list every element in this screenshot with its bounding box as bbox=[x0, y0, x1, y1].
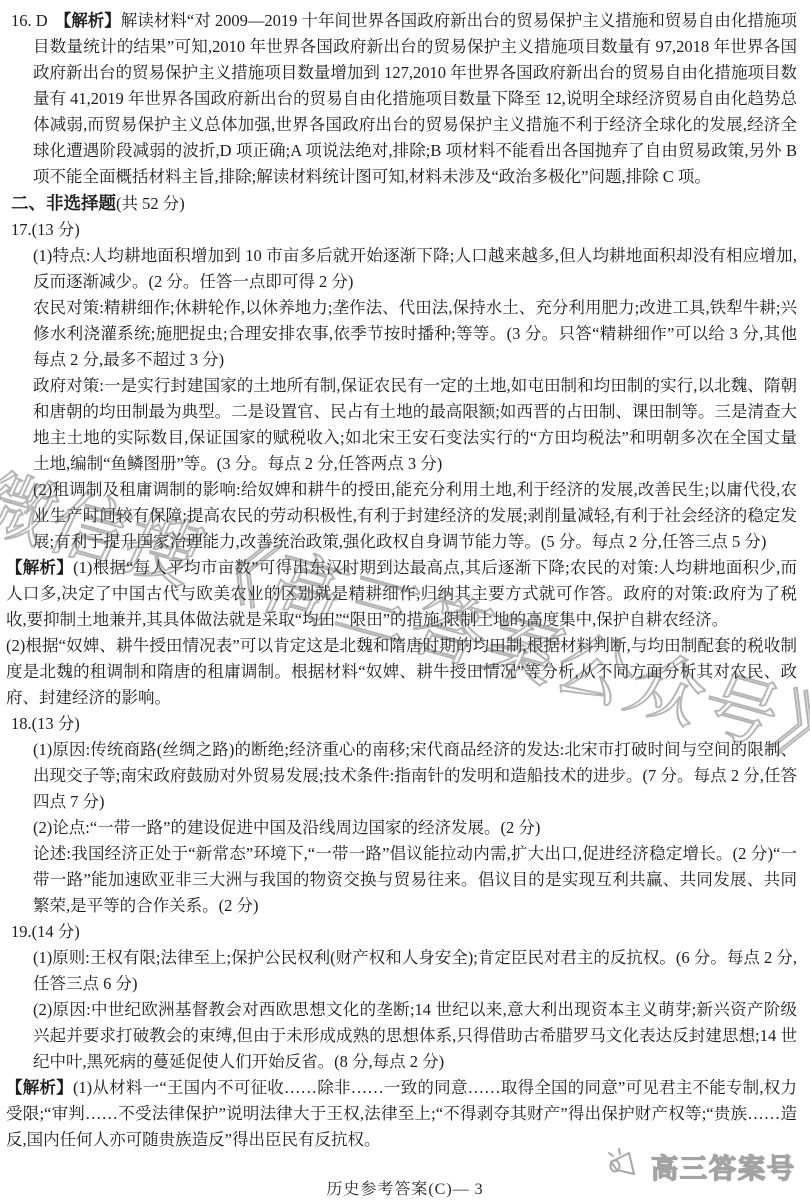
q18-answer-1: (1)原因:传统商路(丝绸之路)的断绝;经济重心的南移;宋代商品经济的发达:北宋… bbox=[11, 737, 797, 815]
q16-analysis-text: 解读材料“对 2009—2019 十年间世界各国政府新出台的贸易保护主义措施和贸… bbox=[33, 11, 797, 186]
q19-number: 19.(14 分) bbox=[11, 919, 797, 945]
q16-analysis-label: 【解析】 bbox=[55, 12, 121, 30]
q18-answer-thesis: (2)论点:“一带一路”的建设促进中国及沿线周边国家的经济发展。(2 分) bbox=[11, 815, 797, 841]
section-2-score: (共 52 分) bbox=[116, 194, 185, 213]
q19-analysis-label: 【解析】 bbox=[6, 1079, 73, 1097]
megaphone-icon bbox=[606, 1146, 646, 1187]
q18-number: 18.(13 分) bbox=[11, 711, 797, 737]
q17-analysis-2: (2)根据“奴婢、耕牛授田情况表”可以肯定这是北魏和隋唐时期的均田制,根据材料判… bbox=[6, 633, 797, 711]
q17-analysis-label: 【解析】 bbox=[6, 559, 73, 577]
brand-logo: 高三答案号 bbox=[606, 1146, 796, 1187]
q17-analysis-1: 【解析】(1)根据“每人平均市亩数”可得出东汉时期到达最高点,其后逐渐下降;农民… bbox=[6, 555, 797, 633]
q17-analysis-1-text: (1)根据“每人平均市亩数”可得出东汉时期到达最高点,其后逐渐下降;农民的对策:… bbox=[6, 558, 797, 629]
q19-answer-2: (2)原因:中世纪欧洲基督教会对西欧思想文化的垄断;14 世纪以来,意大利出现资… bbox=[11, 997, 797, 1075]
q17-answer-farmers: 农民对策:精耕细作;休耕轮作,以休养地力;垄作法、代田法,保持水土、充分利用肥力… bbox=[11, 295, 797, 373]
logo-text: 高三答案号 bbox=[651, 1147, 796, 1186]
q18-answer-discussion: 论述:我国经济正处于“新常态”环境下,“一带一路”倡议能拉动内需,扩大出口,促进… bbox=[11, 841, 797, 919]
section-2-header: 二、非选择题(共 52 分) bbox=[11, 190, 797, 217]
q19-analysis-text: (1)从材料一“王国内不可征收……除非……一致的同意……取得全国的同意”可见君主… bbox=[6, 1078, 797, 1149]
q17-number: 17.(13 分) bbox=[11, 217, 797, 243]
q19-answer-1: (1)原则:王权有限;法律至上;保护公民权利(财产权和人身安全);肯定臣民对君主… bbox=[11, 945, 797, 997]
q17-answer-2: (2)租调制及租庸调制的影响:给奴婢和耕牛的授田,能充分利用土地,利于经济的发展… bbox=[11, 477, 797, 555]
section-2-title: 二、非选择题 bbox=[11, 193, 116, 213]
answer-16: 16. D【解析】解读材料“对 2009—2019 十年间世界各国政府新出台的贸… bbox=[11, 8, 797, 190]
q16-number: 16. D bbox=[11, 11, 48, 30]
q19-analysis: 【解析】(1)从材料一“王国内不可征收……除非……一致的同意……取得全国的同意”… bbox=[6, 1075, 797, 1153]
q17-answer-1: (1)特点:人均耕地面积增加到 10 市亩多后就开始逐渐下降;人口越来越多,但人… bbox=[11, 243, 797, 295]
answer-sheet-content: 16. D【解析】解读材料“对 2009—2019 十年间世界各国政府新出台的贸… bbox=[11, 8, 797, 1153]
q17-answer-government: 政府对策:一是实行封建国家的土地所有制,保证农民有一定的土地,如屯田制和均田制的… bbox=[11, 373, 797, 477]
